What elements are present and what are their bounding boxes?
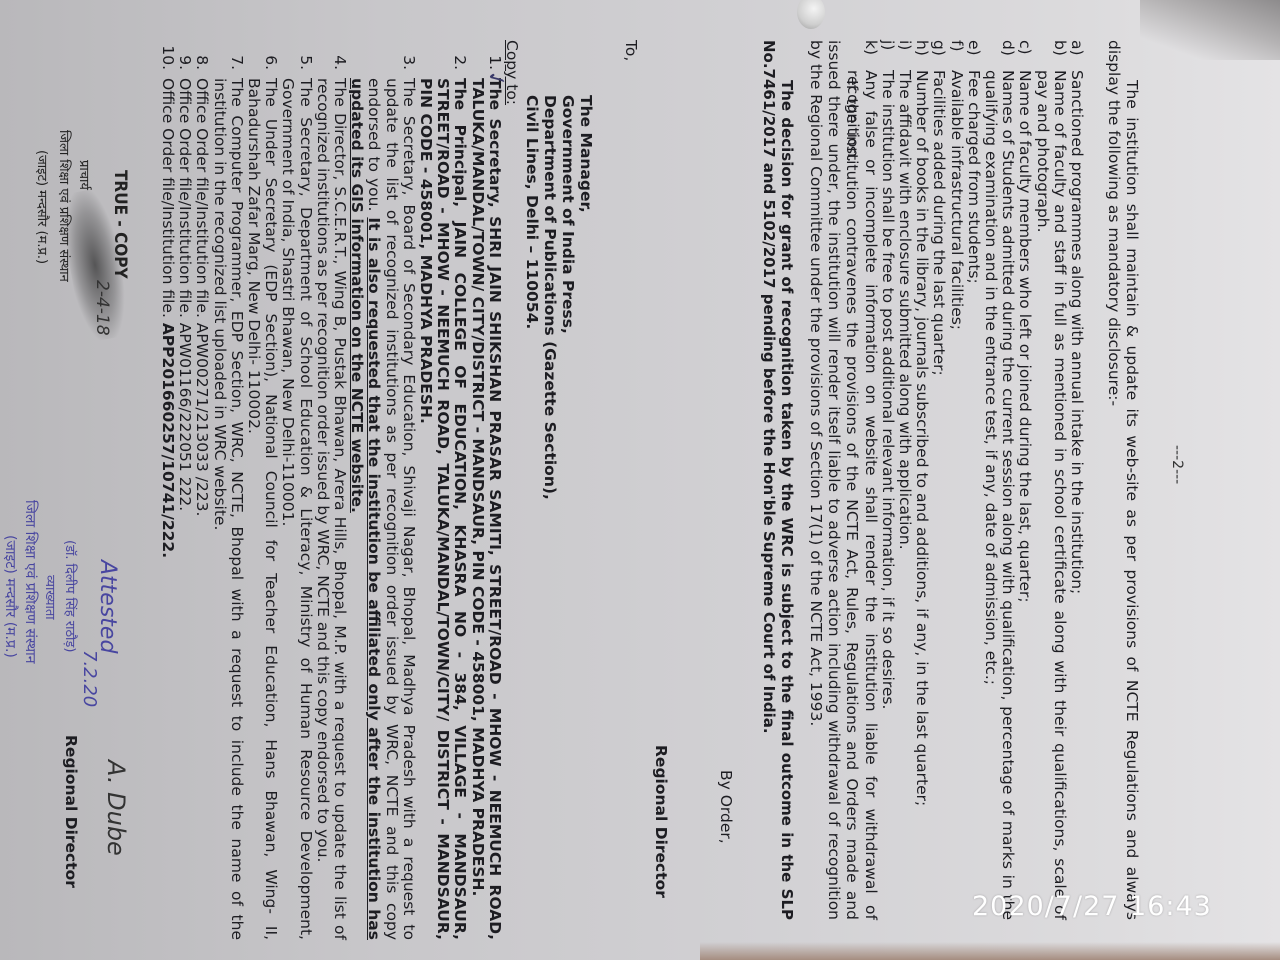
- document-page: ---2--- The institution shall maintain &…: [0, 0, 1280, 960]
- disclosure-key: g): [930, 40, 947, 70]
- page-number: ---2---: [1169, 445, 1185, 484]
- copy-to-item: 8.Office Order file/Institution file. AP…: [193, 40, 210, 940]
- attestation-line4: (जाइट) मन्दसौर (म.प्र.): [1, 535, 20, 658]
- disclosure-text: Name of faculty and staff in full as men…: [1033, 70, 1067, 920]
- copy-to-number: 10.: [159, 40, 176, 78]
- disclosure-text: Sanctioned programmes along with annual …: [1068, 70, 1085, 920]
- copy-to-number: 7.: [210, 40, 244, 78]
- disclosure-list: a)Sanctioned programmes along with annua…: [844, 40, 1085, 920]
- copy-to-item: 5.The Secretary, Department of School Ed…: [279, 40, 313, 940]
- disclosure-key: i): [896, 40, 913, 70]
- copy-to-emphasis: It is also requested that the institutio…: [348, 78, 383, 940]
- regional-director-footer: Regional Director: [62, 735, 80, 888]
- to-label: To,: [622, 40, 640, 61]
- copy-to-number: 4.: [314, 40, 348, 78]
- copy-to-number: 9.: [176, 40, 193, 78]
- copy-to-list: 1.The Secretary, SHRI JAIN SHIKSHAN PRAS…: [159, 40, 503, 940]
- disclosure-item: b)Name of faculty and staff in full as m…: [1033, 40, 1067, 920]
- disclosure-item: a)Sanctioned programmes along with annua…: [1068, 40, 1085, 920]
- copy-to-text: The Principal, JAIN COLLEGE OF EDUCATION…: [417, 78, 469, 940]
- intro-paragraph: The institution shall maintain & update …: [1104, 40, 1140, 920]
- copy-to-text: Office Order file/Institution file. APW0…: [193, 78, 210, 940]
- disclosure-item: c)Name of faculty members who left or jo…: [1016, 40, 1033, 920]
- contravene-text: If the institution contravenes the provi…: [807, 40, 860, 920]
- copy-to-item: 10.Office Order file/Institution file. A…: [159, 40, 176, 940]
- true-copy-date: 2-4-18: [92, 280, 112, 336]
- contravene-paragraph: If the institution contravenes the provi…: [807, 40, 860, 920]
- copy-to-number: 2.: [417, 40, 469, 78]
- attestation-line3: जिला शिक्षा एवं प्रशिक्षण संस्थान: [21, 500, 40, 664]
- disclosure-text: Facilities added during the last quarter…: [930, 70, 947, 920]
- true-copy-stamp: TRUE - COPY 2-4-18 प्राचार्य जिला शिक्षा…: [20, 130, 130, 460]
- attestation-stamp: Attested 7.2.20 (डॉ. दिलीप सिंह राठौड़) …: [0, 500, 120, 800]
- copy-to-text: The Director, S.C.E.R.T., Wing B, Pustak…: [314, 78, 348, 940]
- attestation-signature: Attested: [95, 560, 120, 653]
- disclosure-key: f): [947, 40, 964, 70]
- disclosure-text: Names of Students admitted during the cu…: [982, 70, 1016, 920]
- attestation-line2: व्याख्याता: [42, 575, 60, 620]
- copy-to-item: 6.The Under Secretary (EDP Section), Nat…: [245, 40, 279, 940]
- disclosure-key: h): [913, 40, 930, 70]
- copy-to-item: 1.The Secretary, SHRI JAIN SHIKSHAN PRAS…: [468, 40, 502, 940]
- disclosure-text: The affidavit with enclosure submitted a…: [896, 70, 913, 920]
- disclosure-item: e)Fee charged from students;: [965, 40, 982, 920]
- disclosure-item: f)Available infrastructural facilities;: [947, 40, 964, 920]
- copy-to-text: Office Order file/Institution file. APP2…: [159, 78, 176, 940]
- copy-to-item: 2.The Principal, JAIN COLLEGE OF EDUCATI…: [417, 40, 469, 940]
- copy-to-text: The Secretary, SHRI JAIN SHIKSHAN PRASAR…: [468, 78, 502, 940]
- copy-to-section: Copy to: 1.The Secretary, SHRI JAIN SHIK…: [159, 40, 520, 940]
- disclosure-key: d): [982, 40, 1016, 70]
- true-copy-line1: प्राचार्य: [76, 160, 94, 190]
- copy-to-item: 3.The Secretary, Board of Secondary Educ…: [348, 40, 417, 940]
- disclosure-item: j)The institution shall be free to post …: [879, 40, 896, 920]
- copy-to-number: 6.: [245, 40, 279, 78]
- copy-to-text: The Secretary, Board of Secondary Educat…: [348, 78, 417, 940]
- copy-to-number: 3.: [348, 40, 417, 78]
- true-copy-line2: जिला शिक्षा एवं प्रशिक्षण संस्थान: [56, 130, 74, 282]
- intro-text: The institution shall maintain & update …: [1104, 40, 1140, 920]
- disclosure-item: g)Facilities added during the last quart…: [930, 40, 947, 920]
- copy-to-file-number: APP201660257/10741/222.: [159, 323, 177, 558]
- copy-to-label: Copy to:: [503, 40, 520, 940]
- addressee-block: The Manager,Government of India Press,De…: [523, 95, 595, 500]
- addressee-line: Department of Publications (Gazette Sect…: [541, 95, 559, 500]
- true-copy-label: TRUE - COPY: [110, 170, 130, 279]
- disclosure-key: e): [965, 40, 982, 70]
- camera-timestamp: 2020/7/27 16:43: [972, 891, 1212, 922]
- attestation-line1: (डॉ. दिलीप सिंह राठौड़): [62, 540, 80, 652]
- decision-paragraph: The decision for grant of recognition ta…: [759, 40, 795, 920]
- copy-to-item: 4.The Director, S.C.E.R.T., Wing B, Pust…: [314, 40, 348, 940]
- copy-to-text: The Under Secretary (EDP Section), Natio…: [245, 78, 279, 940]
- by-order-label: By Order,: [717, 770, 735, 844]
- true-copy-line3: (जाइट) मन्दसौर (म.प्र.): [34, 150, 52, 264]
- attestation-date: 7.2.20: [79, 650, 100, 707]
- disclosure-key: a): [1068, 40, 1085, 70]
- disclosure-text: Fee charged from students;: [965, 70, 982, 920]
- copy-to-item: 7.The Computer Programmer, EDP Section, …: [210, 40, 244, 940]
- director-signature: A. Dube: [102, 760, 130, 856]
- disclosure-key: b): [1033, 40, 1067, 70]
- addressee-line: Government of India Press,: [559, 95, 577, 500]
- disclosure-key: j): [879, 40, 896, 70]
- decision-text: The decision for grant of recognition ta…: [759, 40, 795, 920]
- addressee-line: The Manager,: [577, 95, 595, 500]
- regional-director-label: Regional Director: [652, 745, 670, 898]
- disclosure-item: d)Names of Students admitted during the …: [982, 40, 1016, 920]
- copy-to-number: 8.: [193, 40, 210, 78]
- disclosure-text: Number of books in the library, journals…: [913, 70, 930, 920]
- disclosure-item: i)The affidavit with enclosure submitted…: [896, 40, 913, 920]
- addressee-line: Civil Lines, Delhi – 110054.: [523, 95, 541, 500]
- copy-to-text: The Secretary, Department of School Educ…: [279, 78, 313, 940]
- copy-to-number: 5.: [279, 40, 313, 78]
- copy-to-item: 9.Office Order file/Institution file. AP…: [176, 40, 193, 940]
- disclosure-text: Name of faculty members who left or join…: [1016, 70, 1033, 920]
- disclosure-item: h)Number of books in the library, journa…: [913, 40, 930, 920]
- copy-to-text: Office Order file/Institution file. APW0…: [176, 78, 193, 940]
- disclosure-text: The institution shall be free to post ad…: [879, 70, 896, 920]
- copy-to-text: The Computer Programmer, EDP Section, WR…: [210, 78, 244, 940]
- disclosure-text: Available infrastructural facilities;: [947, 70, 964, 920]
- punch-hole: [797, 0, 825, 29]
- disclosure-key: c): [1016, 40, 1033, 70]
